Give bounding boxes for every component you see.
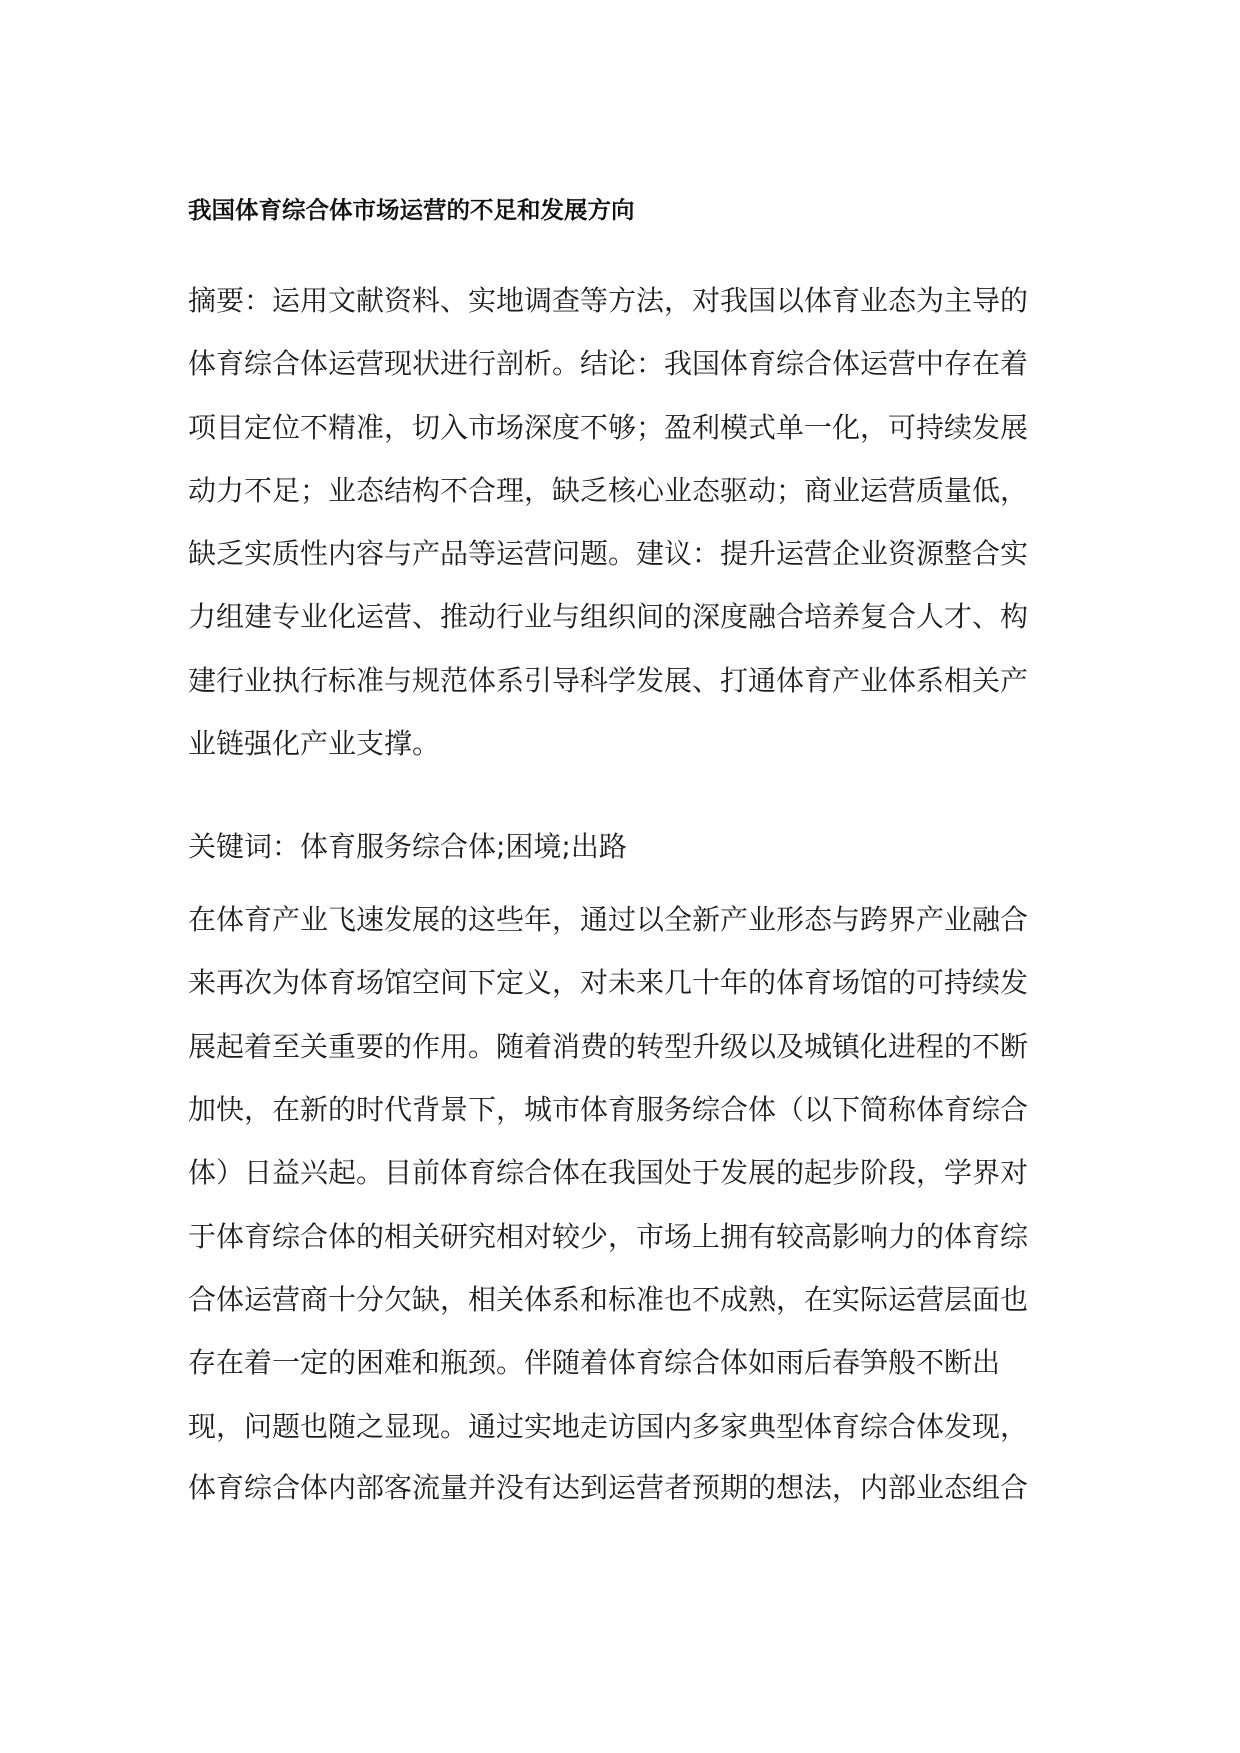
abstract-line: 项目定位不精准，切入市场深度不够；盈利模式单一化，可持续发展 bbox=[188, 409, 1034, 447]
body-line: 加快，在新的时代背景下，城市体育服务综合体（以下简称体育综合 bbox=[188, 1091, 1034, 1129]
body-line: 在体育产业飞速发展的这些年，通过以全新产业形态与跨界产业融合 bbox=[188, 901, 1034, 939]
abstract-line: 动力不足；业态结构不合理，缺乏核心业态驱动；商业运营质量低， bbox=[188, 472, 1034, 510]
document-page: 我国体育综合体市场运营的不足和发展方向 摘要：运用文献资料、实地调查等方法，对我… bbox=[0, 0, 1240, 1753]
keywords-line: 关键词：体育服务综合体;困境;出路 bbox=[188, 828, 1034, 866]
body-line: 合体运营商十分欠缺，相关体系和标准也不成熟，在实际运营层面也 bbox=[188, 1281, 1034, 1319]
abstract-line: 缺乏实质性内容与产品等运营问题。建议：提升运营企业资源整合实 bbox=[188, 535, 1034, 573]
body-line: 展起着至关重要的作用。随着消费的转型升级以及城镇化进程的不断 bbox=[188, 1028, 1034, 1066]
abstract-line: 建行业执行标准与规范体系引导科学发展、打通体育产业体系相关产 bbox=[188, 662, 1034, 700]
abstract-line: 力组建专业化运营、推动行业与组织间的深度融合培养复合人才、构 bbox=[188, 598, 1034, 636]
body-line: 现，问题也随之显现。通过实地走访国内多家典型体育综合体发现， bbox=[188, 1408, 1034, 1446]
body-line: 体）日益兴起。目前体育综合体在我国处于发展的起步阶段，学界对 bbox=[188, 1154, 1034, 1192]
document-title: 我国体育综合体市场运营的不足和发展方向 bbox=[188, 194, 635, 226]
body-line: 于体育综合体的相关研究相对较少，市场上拥有较高影响力的体育综 bbox=[188, 1218, 1034, 1256]
body-line: 体育综合体内部客流量并没有达到运营者预期的想法，内部业态组合 bbox=[188, 1469, 1034, 1507]
abstract-line: 体育综合体运营现状进行剖析。结论：我国体育综合体运营中存在着 bbox=[188, 345, 1034, 383]
body-line: 来再次为体育场馆空间下定义，对未来几十年的体育场馆的可持续发 bbox=[188, 964, 1034, 1002]
abstract-line: 摘要：运用文献资料、实地调查等方法，对我国以体育业态为主导的 bbox=[188, 282, 1034, 320]
abstract-line: 业链强化产业支撑。 bbox=[188, 725, 1034, 763]
body-line: 存在着一定的困难和瓶颈。伴随着体育综合体如雨后春笋般不断出 bbox=[188, 1344, 1034, 1382]
